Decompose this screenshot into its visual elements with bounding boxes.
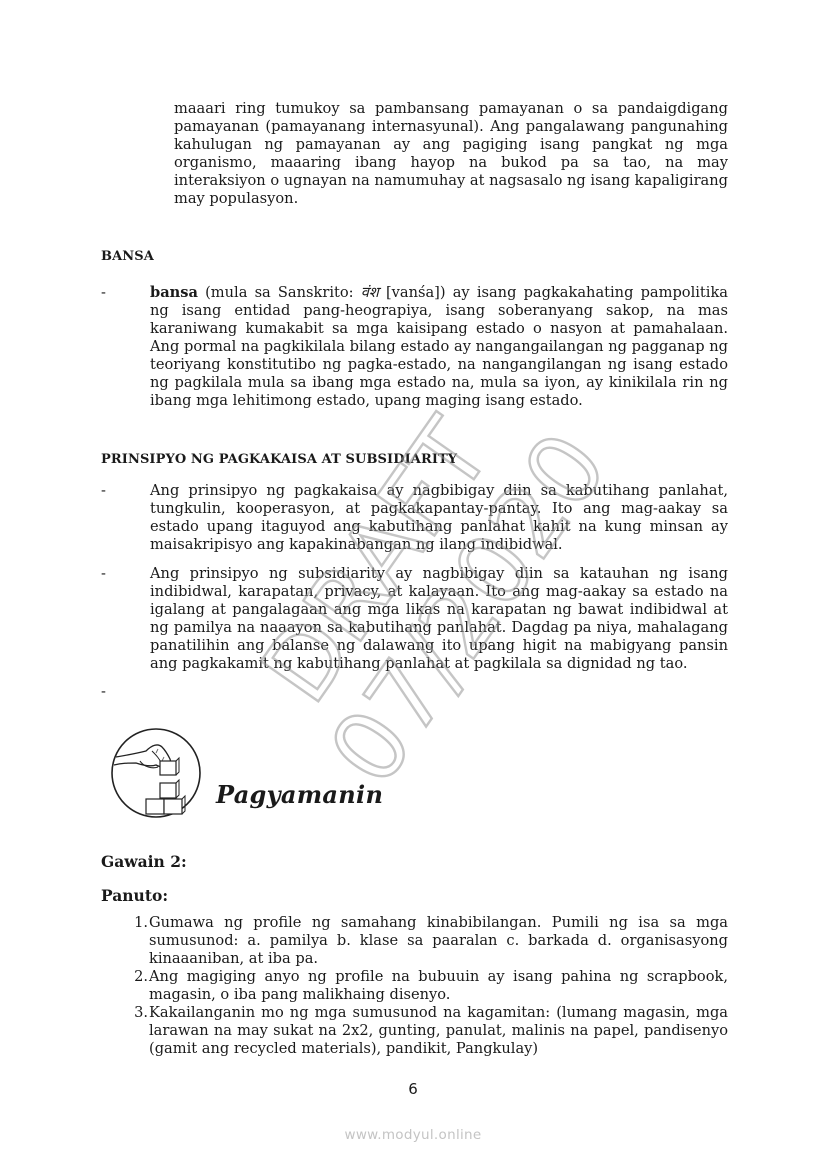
item-text: Kakailanganin mo ng mga sumusunod na kag… [149, 1004, 728, 1058]
item-text: Gumawa ng profile ng samahang kinabibila… [149, 914, 728, 968]
gawain-title: Gawain 2: [101, 852, 187, 871]
instruction-list: 1. Gumawa ng profile ng samahang kinabib… [101, 914, 728, 1058]
list-item: 1. Gumawa ng profile ng samahang kinabib… [101, 914, 728, 968]
term-bansa: bansa [150, 284, 198, 301]
item-text: Ang magiging anyo ng profile na bubuuin … [149, 968, 728, 1004]
definition-text: (mula sa Sanskrito: [198, 284, 361, 301]
item-number: 1. [101, 914, 149, 968]
bansa-bullet: - bansa (mula sa Sanskrito: वंश [vanśa])… [101, 284, 728, 410]
prinsipyo-bullet-empty: - [101, 683, 728, 701]
bullet-dash: - [101, 565, 150, 673]
panuto-label: Panuto: [101, 886, 168, 905]
definition-text-continued: [vanśa]) ay isang pagkakahating pampolit… [150, 284, 728, 409]
prinsipyo-bullet-subsidiarity: - Ang prinsipyo ng subsidiarity ay nagbi… [101, 565, 728, 673]
list-item: 2. Ang magiging anyo ng profile na bubuu… [101, 968, 728, 1004]
item-number: 3. [101, 1004, 149, 1058]
watermark-draft: DRAFT [240, 400, 512, 722]
bullet-dash: - [101, 284, 150, 410]
hand-stacking-blocks-icon [110, 727, 202, 819]
heading-prinsipyo: PRINSIPYO NG PAGKAKAISA AT SUBSIDIARITY [101, 452, 457, 467]
bullet-text: Ang prinsipyo ng pagkakaisa ay nagbibiga… [150, 482, 728, 554]
prinsipyo-bullet-pagkakaisa: - Ang prinsipyo ng pagkakaisa ay nagbibi… [101, 482, 728, 554]
list-item: 3. Kakailanganin mo ng mga sumusunod na … [101, 1004, 728, 1058]
bullet-text [150, 683, 728, 701]
page-number: 6 [0, 1080, 826, 1098]
intro-paragraph: maaari ring tumukoy sa pambansang pamaya… [174, 100, 728, 208]
bullet-dash: - [101, 482, 150, 554]
sanskrit-word: वंश [361, 284, 379, 301]
item-number: 2. [101, 968, 149, 1004]
site-footer: www.modyul.online [0, 1127, 826, 1143]
document-page: maaari ring tumukoy sa pambansang pamaya… [0, 0, 826, 1169]
bansa-definition: bansa (mula sa Sanskrito: वंश [vanśa]) a… [150, 284, 728, 410]
section-title: Pagyamanin [216, 780, 383, 809]
heading-bansa: BANSA [101, 249, 154, 264]
bullet-text: Ang prinsipyo ng subsidiarity ay nagbibi… [150, 565, 728, 673]
bullet-dash: - [101, 683, 150, 701]
